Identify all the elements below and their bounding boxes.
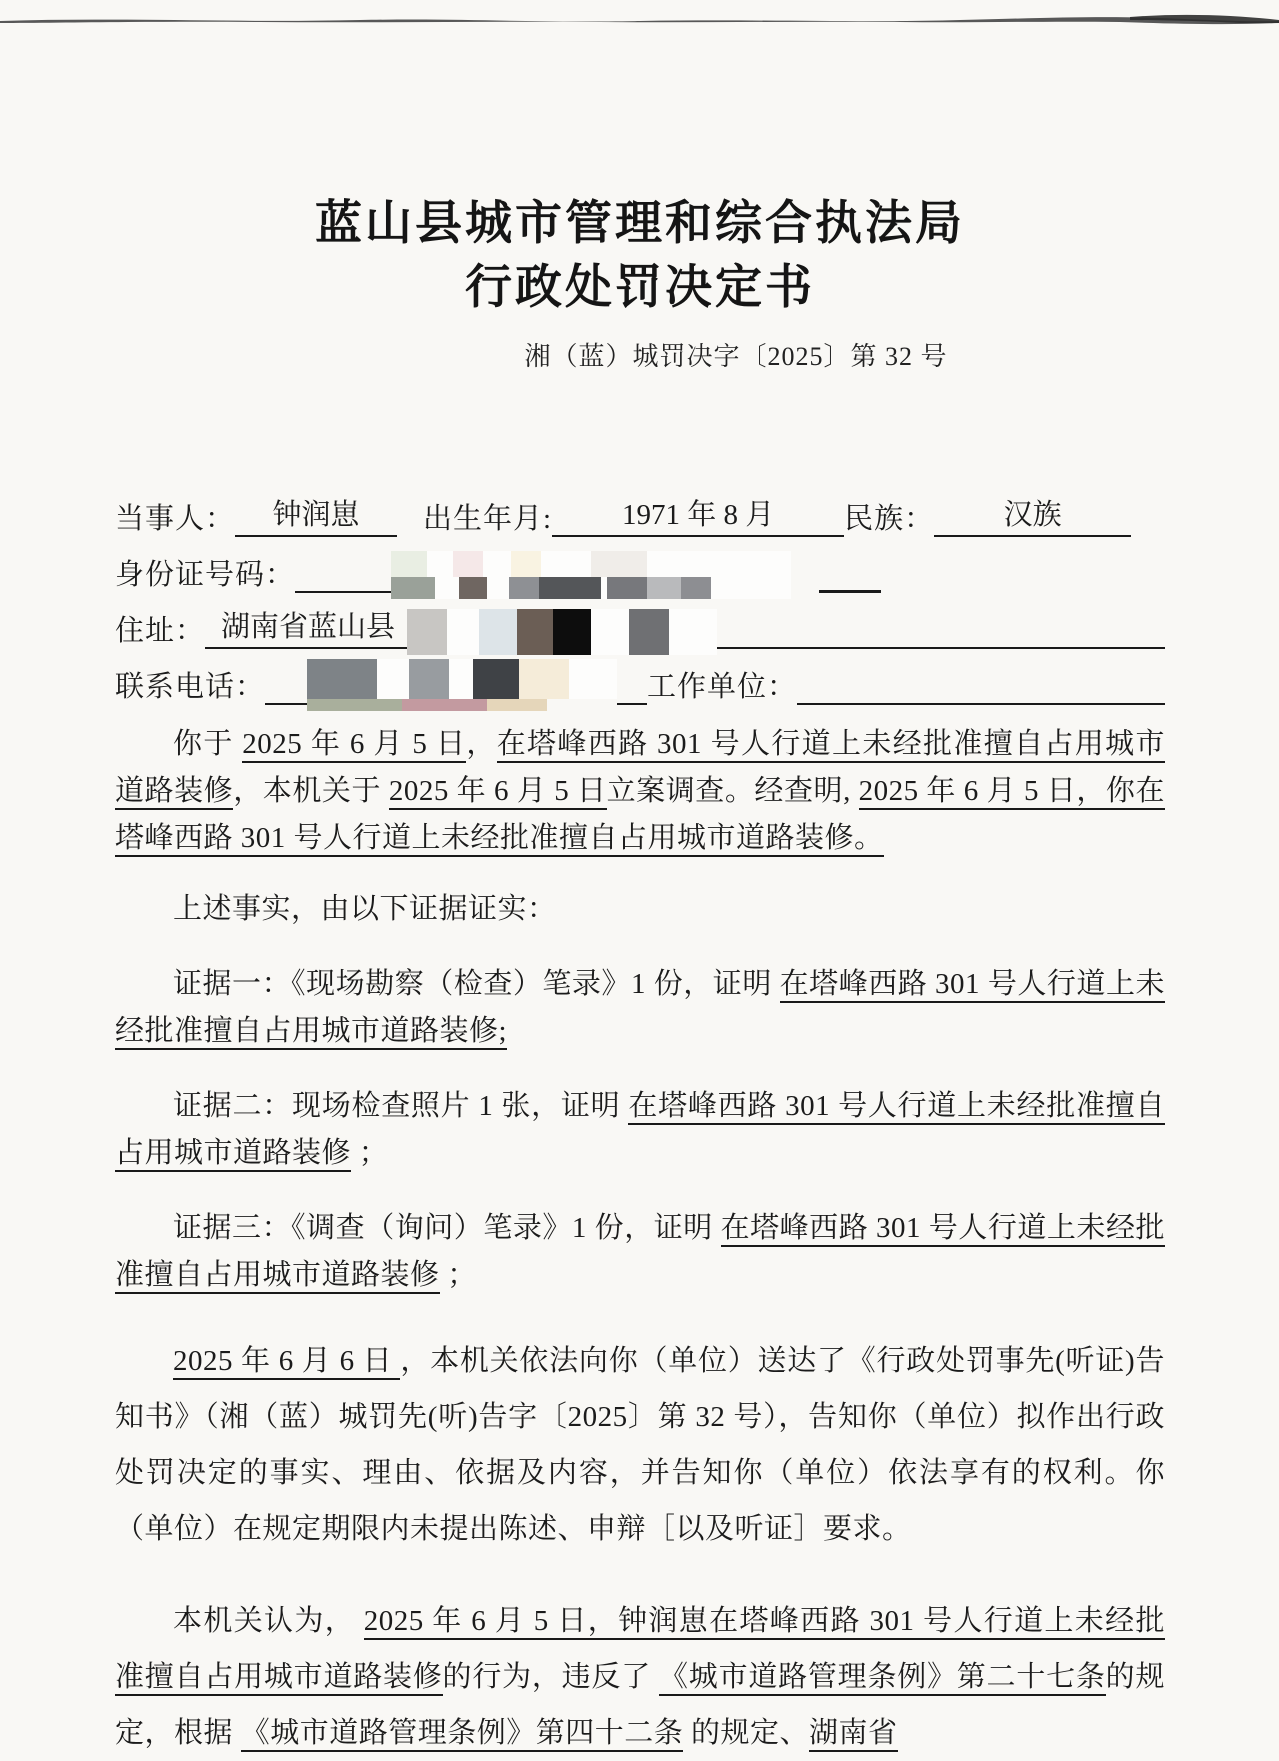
text-segment: 证据二：现场检查照片 1 张，证明: [173, 1090, 628, 1122]
redaction-block: [449, 659, 473, 699]
redaction-block: [681, 577, 711, 599]
address-blank: [717, 611, 1165, 649]
redaction-block: [539, 577, 601, 599]
document-title: 蓝山县城市管理和综合执法局 行政处罚决定书: [115, 192, 1165, 320]
address-line: 住址： 湖南省蓝山县: [115, 593, 1165, 649]
underlined-text-segment: 湖南省: [809, 1717, 898, 1752]
text-segment: 证据三：《调查（询问）笔录》1 份，证明: [173, 1212, 721, 1244]
redaction-block: [435, 577, 459, 599]
id-blank: [295, 555, 391, 593]
redaction-block: [409, 659, 449, 699]
evidence-intro-paragraph: 上述事实，由以下证据证实：: [115, 886, 1165, 933]
text-segment: ；: [351, 1137, 388, 1169]
redaction-block: [307, 659, 377, 699]
ethnic-value: 汉族: [934, 492, 1131, 537]
ethnic-label: 民族：: [844, 496, 934, 537]
text-segment: 证据一：《现场勘察（检查）笔录》1 份，证明: [173, 968, 780, 1000]
redaction-block: [453, 551, 483, 577]
underlined-text-segment: 2025 年 6 月 5 日: [242, 728, 466, 763]
address-value: 湖南省蓝山县: [205, 604, 407, 649]
address-label: 住址：: [115, 608, 205, 649]
redaction-block: [509, 577, 539, 599]
redaction-block: [541, 551, 591, 577]
underlined-text-segment: 2025 年 6 月 6 日: [173, 1345, 400, 1380]
phone-redaction: [307, 659, 617, 711]
work-unit-blank: [797, 667, 1165, 705]
scan-artifact-line: [0, 0, 1279, 34]
text-segment: ，本机关于: [233, 775, 389, 807]
party-label: 当事人：: [115, 496, 235, 537]
underlined-text-segment: 2025 年 6 月 5 日: [389, 775, 607, 810]
text-segment: ；: [440, 1259, 477, 1291]
id-blank-end: [819, 554, 881, 593]
id-label: 身份证号码：: [115, 552, 295, 593]
phone-blank-end: [617, 667, 647, 705]
address-redaction: [407, 609, 717, 655]
redaction-block: [427, 551, 453, 577]
id-number-line: 身份证号码：: [115, 537, 1165, 593]
text-segment: 上述事实，由以下证据证实：: [173, 893, 557, 925]
redaction-block: [547, 699, 617, 711]
redaction-block: [519, 659, 569, 699]
redaction-block: [591, 551, 647, 577]
party-value: 钟润崽: [235, 492, 397, 537]
redaction-block: [377, 659, 409, 699]
notification-paragraph: 2025 年 6 月 6 日 ，本机关依法向你（单位）送达了《行政处罚事先(听证…: [115, 1333, 1165, 1557]
determination-paragraph: 本机关认为， 2025 年 6 月 5 日，钟润崽在塔峰西路 301 号人行道上…: [115, 1593, 1165, 1761]
id-redaction: [391, 551, 791, 599]
document-body: 你于 2025 年 6 月 5 日，在塔峰西路 301 号人行道上未经批准擅自占…: [115, 721, 1165, 1761]
redaction-block: [391, 577, 435, 599]
text-segment: 的行为，违反了: [443, 1661, 659, 1693]
evidence-1-paragraph: 证据一：《现场勘察（检查）笔录》1 份，证明 在塔峰西路 301 号人行道上未经…: [115, 961, 1165, 1055]
birth-label: 出生年月:: [423, 496, 552, 537]
evidence-3-paragraph: 证据三：《调查（询问）笔录》1 份，证明 在塔峰西路 301 号人行道上未经批准…: [115, 1205, 1165, 1299]
redaction-block: [569, 659, 617, 699]
document-page: { "header": { "title_line1": "蓝山县城市管理和综合…: [0, 0, 1279, 1761]
redaction-block: [711, 577, 791, 599]
text-segment: 你于: [173, 728, 242, 760]
redaction-block: [647, 551, 791, 577]
party-info-section: 当事人： 钟润崽 出生年月: 1971 年 8 月 民族： 汉族 身份证号码： …: [115, 481, 1165, 705]
redaction-block: [553, 609, 591, 655]
redaction-block: [517, 609, 553, 655]
redaction-block: [447, 609, 479, 655]
redaction-block: [607, 577, 647, 599]
redaction-block: [629, 609, 669, 655]
redaction-block: [402, 699, 487, 711]
redaction-block: [647, 577, 681, 599]
redaction-block: [459, 577, 487, 599]
birth-value: 1971 年 8 月: [552, 492, 844, 537]
text-segment: 本机关认为，: [173, 1605, 364, 1637]
party-line: 当事人： 钟润崽 出生年月: 1971 年 8 月 民族： 汉族: [115, 481, 1165, 537]
text-segment: ，: [466, 728, 496, 760]
redaction-block: [511, 551, 541, 577]
redaction-block: [473, 659, 519, 699]
issuing-authority: 蓝山县城市管理和综合执法局: [115, 192, 1165, 256]
redaction-block: [407, 609, 447, 655]
underlined-text-segment: 《城市道路管理条例》第四十二条: [241, 1717, 684, 1752]
underlined-text-segment: 《城市道路管理条例》第二十七条: [659, 1661, 1106, 1696]
facts-paragraph: 你于 2025 年 6 月 5 日，在塔峰西路 301 号人行道上未经批准擅自占…: [115, 721, 1165, 862]
document-type-title: 行政处罚决定书: [115, 256, 1165, 320]
phone-blank-start: [265, 667, 307, 705]
evidence-2-paragraph: 证据二：现场检查照片 1 张，证明 在塔峰西路 301 号人行道上未经批准擅自占…: [115, 1083, 1165, 1177]
work-unit-label: 工作单位：: [647, 664, 797, 705]
text-segment: 立案调查。经查明,: [607, 775, 859, 807]
redaction-block: [391, 551, 427, 577]
redaction-block: [487, 577, 509, 599]
redaction-block: [487, 699, 547, 711]
redaction-block: [591, 609, 629, 655]
redaction-block: [307, 699, 402, 711]
redaction-block: [669, 609, 717, 655]
document-number: 湘（蓝）城罚决字〔2025〕第 32 号: [115, 336, 1165, 373]
redaction-block: [483, 551, 511, 577]
redaction-block: [479, 609, 517, 655]
text-segment: 的规定、: [683, 1717, 809, 1749]
phone-line: 联系电话： 工作单位：: [115, 649, 1165, 705]
phone-label: 联系电话：: [115, 664, 265, 705]
